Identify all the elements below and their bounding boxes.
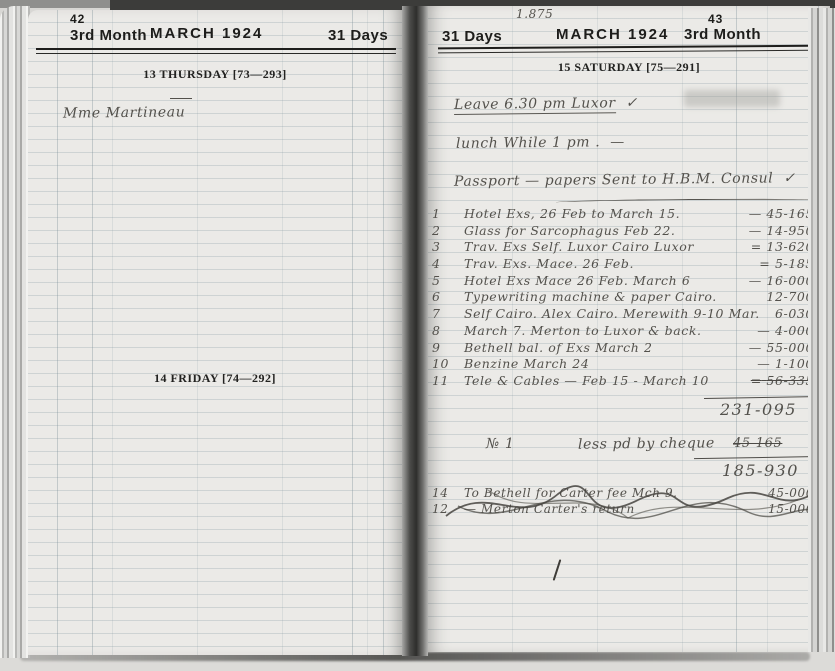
amount: 56-335 xyxy=(766,373,814,388)
ledger-row-value: = 56-335 xyxy=(718,373,814,388)
ledger-row-value: 12-700 xyxy=(718,289,814,304)
leader-mark: — xyxy=(749,340,762,355)
leader-mark: = xyxy=(751,373,762,388)
days-count-label: 31 Days xyxy=(442,28,502,45)
stray-ink-mark xyxy=(553,559,562,581)
leader-mark: = xyxy=(751,239,762,254)
ledger-row-desc: Hotel Exs Mace 26 Feb. March 6 xyxy=(464,273,690,288)
ledger-row: 6 Typewriting machine & paper Cairo. 12-… xyxy=(428,289,830,305)
leader-mark: — xyxy=(749,206,762,221)
page-number: 42 xyxy=(70,12,85,26)
header-rule xyxy=(36,48,396,54)
note-text: Leave 6.30 pm Luxor xyxy=(454,95,616,115)
leader-mark: — xyxy=(749,223,762,238)
sum-rule xyxy=(704,396,822,399)
ledger-row-number: 5 xyxy=(432,273,454,288)
check-mark: ✓ xyxy=(773,170,796,186)
ledger-row-number: 12 xyxy=(432,502,454,516)
ledger-row-value: 15-000 xyxy=(718,502,814,516)
crossed-out-entry: 12 — Merton Carter's return 15-000 xyxy=(428,502,830,518)
ledger-row-value: — 55-000 xyxy=(718,340,814,355)
ledger-row-value: = 13-620 xyxy=(718,239,814,254)
month-title: MARCH 1924 xyxy=(556,26,669,43)
stacked-page-edges-left xyxy=(0,6,30,658)
ledger-row-value: — 16-000 xyxy=(718,273,814,288)
diary-page-left: 42 3rd Month MARCH 1924 31 Days 13 THURS… xyxy=(28,10,402,655)
ledger-row: 10 Benzine March 24 — 1-100 xyxy=(428,356,830,372)
leader-mark: — xyxy=(749,273,762,288)
leader-mark: — xyxy=(757,356,770,371)
ledger-row-value: = 5-185 xyxy=(718,256,814,271)
deduction-note: less pd by cheque xyxy=(578,435,715,452)
dash-mark: — xyxy=(600,134,625,150)
ledger-row: 2 Glass for Sarcophagus Feb 22. — 14-950 xyxy=(428,223,830,239)
ledger-row-desc: Benzine March 24 xyxy=(464,356,589,371)
month-ordinal-label: 3rd Month xyxy=(684,26,761,43)
ledger-row-value: — 45-165 xyxy=(718,206,814,221)
deduction-amount: 45-165 xyxy=(733,436,782,451)
ledger-row-number: 6 xyxy=(432,289,454,304)
erased-pencil-smudge xyxy=(684,90,780,107)
ledger-row-desc: Bethell bal. of Exs March 2 xyxy=(464,340,653,355)
check-mark: ✓ xyxy=(616,95,639,111)
header-rule xyxy=(438,45,826,54)
ledger-row-value: — 14-950 xyxy=(718,223,814,238)
ledger-row-value: 6-030 xyxy=(718,306,814,321)
ledger-row-number: 2 xyxy=(432,223,454,238)
ledger-row-desc: Trav. Exs. Mace. 26 Feb. xyxy=(464,256,634,271)
ledger-row: 1 Hotel Exs, 26 Feb to March 15. — 45-16… xyxy=(428,206,830,222)
note-text: lunch While 1 pm . xyxy=(456,134,600,152)
crossed-out-entry: 14 To Bethell for Carter fee Mch 9. 45-0… xyxy=(428,486,830,502)
ledger-row-desc: Self Cairo. Alex Cairo. Merewith 9-10 Ma… xyxy=(464,306,760,321)
diary-page-right: 1.875 43 31 Days MARCH 1924 3rd Month 15… xyxy=(428,6,830,652)
ledger-row-value: 45-000 xyxy=(718,486,814,500)
ledger-row-desc: Trav. Exs Self. Luxor Cairo Luxor xyxy=(464,239,694,254)
ledger-row-number: 3 xyxy=(432,239,454,254)
amount: 12-700 xyxy=(766,289,814,304)
day-heading-saturday: 15 SATURDAY [75—291] xyxy=(428,60,830,75)
amount: 13-620 xyxy=(766,239,814,254)
month-ordinal-label: 3rd Month xyxy=(70,27,147,44)
ledger-row-desc: Typewriting machine & paper Cairo. xyxy=(464,289,717,304)
ledger-row-desc: Glass for Sarcophagus Feb 22. xyxy=(464,223,675,238)
day-heading-thursday: 13 THURSDAY [73—293] xyxy=(28,67,402,82)
day-heading-friday: 14 FRIDAY [74—292] xyxy=(28,371,402,386)
ledger-row-number: 11 xyxy=(432,373,454,388)
ledger-row-desc: March 7. Merton to Luxor & back. xyxy=(464,323,702,338)
ledger-row: 8 March 7. Merton to Luxor & back. — 4-0… xyxy=(428,323,830,339)
money-column-line xyxy=(352,10,353,655)
ledger-row-number: 1 xyxy=(432,206,454,221)
amount: 45-165 xyxy=(766,206,814,221)
deduction-label: № 1 xyxy=(486,436,515,452)
note-line: Passport — papers Sent to H.B.M. Consul✓ xyxy=(454,170,796,190)
ledger-row: 5 Hotel Exs Mace 26 Feb. March 6 — 16-00… xyxy=(428,273,830,289)
days-count-label: 31 Days xyxy=(328,27,388,44)
note-line: lunch While 1 pm .— xyxy=(456,134,625,152)
ledger-row: 3 Trav. Exs Self. Luxor Cairo Luxor = 13… xyxy=(428,239,830,255)
pencil-dash xyxy=(170,98,192,99)
ledger-row-number: 7 xyxy=(432,306,454,321)
note-line: Leave 6.30 pm Luxor✓ xyxy=(454,95,638,113)
amount: 16-000 xyxy=(766,273,814,288)
month-title: MARCH 1924 xyxy=(150,25,263,42)
handwritten-entry-thursday: Mme Martineau xyxy=(63,104,185,121)
ledger-total: 231-095 xyxy=(720,400,797,419)
ledger-row-desc: To Bethell for Carter fee Mch 9. xyxy=(464,486,678,500)
sum-rule xyxy=(694,456,826,459)
pencil-figure-top: 1.875 xyxy=(516,7,553,21)
ledger-row-number: 14 xyxy=(432,486,454,500)
book-gutter xyxy=(402,6,428,656)
hand-drawn-divider xyxy=(556,198,824,205)
ledger-row-desc: Tele & Cables — Feb 15 - March 10 xyxy=(464,373,709,388)
ledger-row-value: — 1-100 xyxy=(718,356,814,371)
ledger-row-number: 10 xyxy=(432,356,454,371)
note-text: Passport — papers Sent to H.B.M. Consul xyxy=(454,170,773,189)
ledger-row-value: — 4-000 xyxy=(718,323,814,338)
ledger-row: 4 Trav. Exs. Mace. 26 Feb. = 5-185 xyxy=(428,256,830,272)
ledger-row: 9 Bethell bal. of Exs March 2 — 55-000 xyxy=(428,340,830,356)
ledger-row-number: 4 xyxy=(432,256,454,271)
ledger-row: 7 Self Cairo. Alex Cairo. Merewith 9-10 … xyxy=(428,306,830,322)
ledger-row: 11 Tele & Cables — Feb 15 - March 10 = 5… xyxy=(428,373,830,389)
amount: 14-950 xyxy=(766,223,814,238)
margin-line xyxy=(57,10,58,655)
leader-mark: = xyxy=(759,256,770,271)
ledger-net-total: 185-930 xyxy=(722,461,799,480)
money-column-line xyxy=(383,10,384,655)
stacked-page-edges-right xyxy=(808,8,835,652)
amount: 55-000 xyxy=(766,340,814,355)
ledger-row-desc: Hotel Exs, 26 Feb to March 15. xyxy=(464,206,680,221)
page-number: 43 xyxy=(708,12,723,26)
ledger-row-number: 9 xyxy=(432,340,454,355)
leader-mark: — xyxy=(757,323,770,338)
ledger-row-number: 8 xyxy=(432,323,454,338)
ledger-row-desc: — Merton Carter's return xyxy=(464,502,635,516)
